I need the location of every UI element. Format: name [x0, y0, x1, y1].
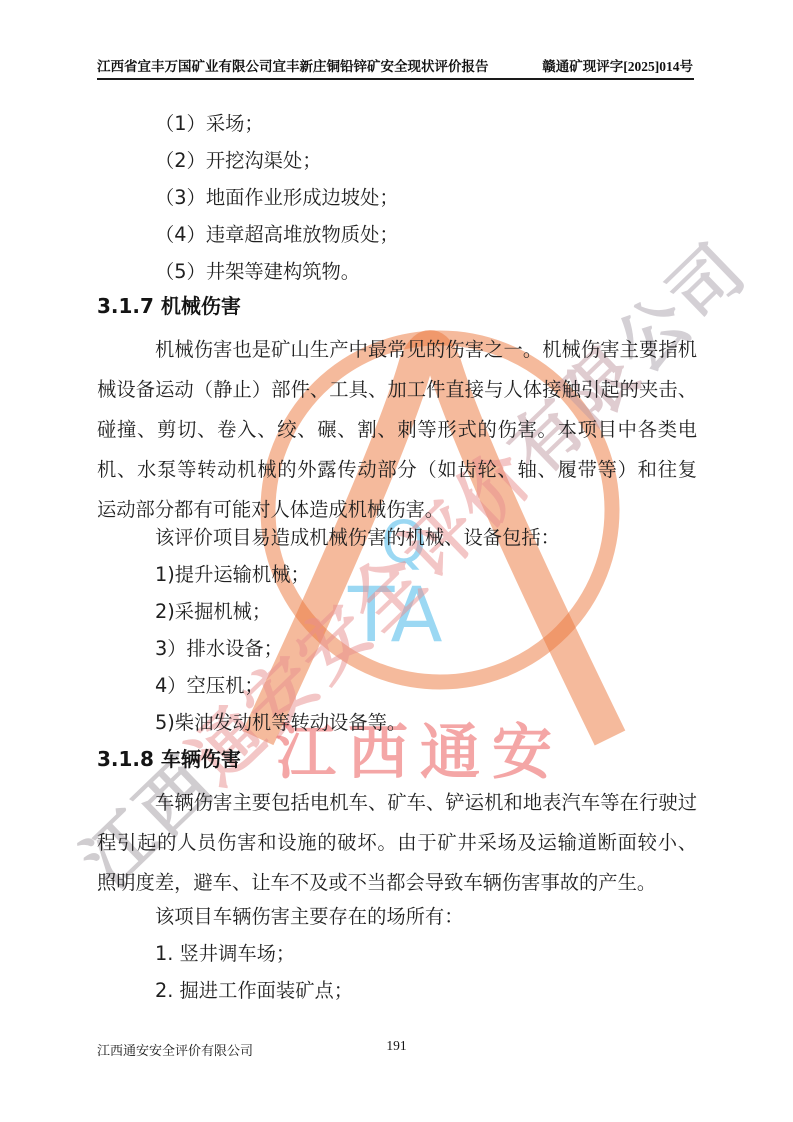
text-line: （4）违章超高堆放物质处； — [97, 221, 697, 248]
text-line: （2）开挖沟渠处； — [97, 147, 697, 174]
text-line: （3）地面作业形成边坡处； — [97, 184, 697, 211]
text-line: 机、水泵等转动机械的外露传动部分（如齿轮、轴、履带等）和往复 — [97, 456, 697, 483]
text-line: 1)提升运输机械； — [97, 561, 697, 588]
text-line: 2. 掘进工作面装矿点； — [97, 977, 697, 1004]
text-line: 5)柴油发动机等转动设备等。 — [97, 709, 697, 736]
text-line: 碰撞、剪切、卷入、绞、碾、割、刺等形式的伤害。本项目中各类电 — [97, 416, 697, 443]
text-line: （5）井架等建构筑物。 — [97, 258, 697, 285]
text-line: 车辆伤害主要包括电机车、矿车、铲运机和地表汽车等在行驶过 — [97, 789, 697, 816]
text-line: 3）排水设备； — [97, 635, 697, 662]
text-line: 械设备运动（静止）部件、工具、加工件直接与人体接触引起的夹击、 — [97, 376, 697, 403]
text-line: 该项目车辆伤害主要存在的场所有： — [97, 903, 697, 930]
text-line: 4）空压机； — [97, 672, 697, 699]
text-line: 机械伤害也是矿山生产中最常见的伤害之一。机械伤害主要指机 — [97, 336, 697, 363]
text-line: 程引起的人员伤害和设施的破坏。由于矿井采场及运输道断面较小、 — [97, 829, 697, 856]
text-line: 照明度差，避车、让车不及或不当都会导致车辆伤害事故的产生。 — [97, 869, 697, 896]
text-line: 运动部分都有可能对人体造成机械伤害。 — [97, 496, 697, 523]
text-line: 2)采掘机械； — [97, 598, 697, 625]
text-line: （1）采场； — [97, 110, 697, 137]
section-heading: 3.1.7 机械伤害 — [97, 293, 697, 320]
text-line: 该评价项目易造成机械伤害的机械、设备包括： — [97, 524, 697, 551]
text-line: 1. 竖井调车场； — [97, 940, 697, 967]
section-heading: 3.1.8 车辆伤害 — [97, 746, 697, 773]
document-body: （1）采场；（2）开挖沟渠处；（3）地面作业形成边坡处；（4）违章超高堆放物质处… — [0, 0, 793, 1122]
document-page: Q TA 江西通安安全评价有限公司 江西通安 江西省宜丰万国矿业有限公司宜丰新庄… — [0, 0, 793, 1122]
